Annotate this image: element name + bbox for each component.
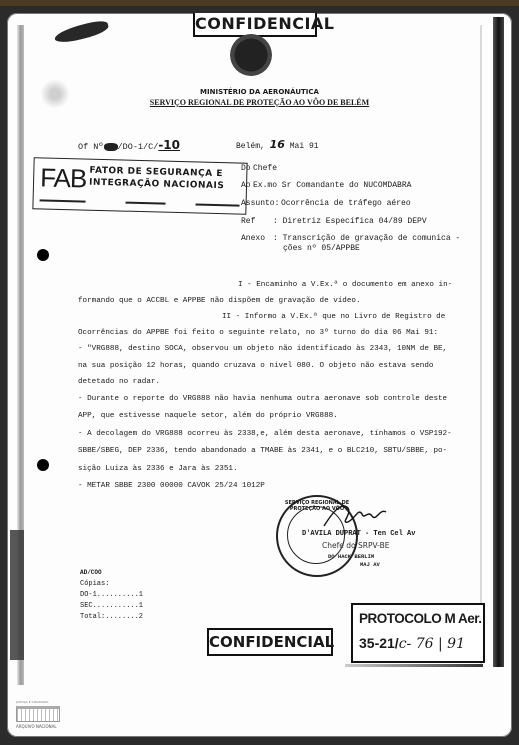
fab-line2: INTEGRAÇÃO NACIONAIS [89, 178, 224, 192]
body-line: SBBE/SBEG, DEP 2336, tendo abandonado a … [78, 447, 447, 455]
archive-caption: ARQUIVO NACIONAL [16, 724, 58, 729]
header-label-subject: Assunto: [241, 199, 279, 208]
punch-hole-icon [37, 459, 49, 471]
fab-logo: FAB [40, 162, 87, 194]
fab-underline [126, 202, 166, 205]
body-line: detetado no radar. [78, 378, 160, 386]
protocol-title: PROTOCOLO M Aer. [359, 611, 482, 626]
protocol-stamp: PROTOCOLO M Aer. 35-21/c- 76 | 91 [351, 603, 485, 663]
date-day-handwritten: 16 [270, 138, 285, 151]
protocol-number-printed: 35-21/ [359, 635, 399, 651]
header-value-annex-cont: ções nº 05/APPBE [283, 244, 360, 253]
body-line: formando que o ACCBL e APPBE não dispõem… [78, 297, 361, 305]
header-value-annex: : Transcrição de gravação de comunica - [273, 234, 460, 243]
ministry-heading: MINISTÉRIO DA AERONÁUTICA [0, 88, 519, 96]
header-label-annex: Anexo [241, 234, 265, 243]
arquivo-nacional-watermark: JUSTIÇA E CIDADANIA ARQUIVO NACIONAL [16, 700, 58, 729]
date-city: Belém, [236, 142, 265, 151]
archive-ministry: JUSTIÇA E CIDADANIA [16, 700, 58, 704]
fab-underline [196, 203, 240, 206]
fab-underline [40, 199, 86, 202]
brazil-coat-of-arms-icon [230, 34, 272, 76]
handwritten-signature-icon [322, 500, 392, 530]
body-line: APP, que estivesse naquele setor, além d… [78, 412, 338, 420]
header-value-from: Chefe [253, 164, 277, 173]
sub-signer-rank: MAJ AV [360, 561, 380, 568]
fab-line1: FATOR DE SEGURANÇA E [89, 166, 223, 179]
signer-name: D'AVILA DUPRAT - Ten Cel Av [302, 530, 415, 538]
body-line: II - Informo a V.Ex.ª que no Livro de Re… [222, 313, 445, 321]
header-value-to: Ex.mo Sr Comandante do NUCOMDABRA [253, 181, 411, 190]
page-left-shadow [10, 530, 24, 660]
body-line: - Durante o reporte do VRG888 não havia … [78, 395, 447, 403]
reference-number: Of Nº/DO-1/C/-10 [78, 138, 180, 152]
ref-prefix: Of Nº [78, 142, 104, 152]
body-line: - METAR SBBE 2300 00000 CAVOK 25/24 1012… [78, 482, 265, 490]
date-rest: Mai 91 [290, 142, 319, 151]
page-right-edge [493, 17, 504, 667]
body-line: sição Luiza às 2336 e Jara às 2351. [78, 465, 238, 473]
window-top-bar [0, 0, 519, 6]
redacted-mark [104, 143, 118, 151]
service-heading: SERVIÇO REGIONAL DE PROTEÇÃO AO VÔO DE B… [0, 98, 519, 107]
ref-mid: /DO-1/C/ [118, 142, 159, 152]
copies-label: Cópias: [80, 580, 109, 588]
signer-title: Chefe do SRPV-BE [322, 541, 390, 550]
copies-line: DO-1..........1 [80, 591, 143, 599]
copies-line: SEC...........1 [80, 602, 143, 610]
header-label-ref: Ref [241, 217, 255, 226]
classification-stamp-bottom: CONFIDENCIAL [207, 628, 333, 656]
sub-signer-name: DO HACK BERLIM [328, 553, 374, 560]
archive-building-icon [16, 706, 60, 722]
body-line: - "VRG888, destino SOCA, observou um obj… [78, 345, 447, 353]
header-label-from: Do [241, 164, 251, 173]
protocol-number-handwritten: c- 76 | 91 [399, 636, 465, 652]
body-line: Ocorrências do APPBE foi feito o seguint… [78, 329, 438, 337]
body-line: - A decolagem do VRG888 ocorreu às 2338,… [78, 430, 452, 438]
distribution-code: AD/COO [80, 569, 102, 576]
header-value-subject: Ocorrência de tráfego aéreo [281, 199, 411, 208]
protocol-underline [345, 664, 483, 667]
page-right-line [480, 25, 482, 665]
protocol-number: 35-21/c- 76 | 91 [359, 635, 465, 652]
document-date: Belém, 16 Mai 91 [236, 138, 319, 151]
body-line: I - Encaminho a V.Ex.ª o documento em an… [238, 281, 452, 289]
ref-handwritten: -10 [158, 138, 180, 152]
header-label-to: Ao [241, 181, 251, 190]
fab-stamp: FAB FATOR DE SEGURANÇA E INTEGRAÇÃO NACI… [32, 157, 247, 215]
punch-hole-icon [37, 249, 49, 261]
copies-line: Total:........2 [80, 613, 143, 621]
header-value-ref: : Diretriz Específica 04/89 DEPV [273, 217, 427, 226]
body-line: na sua posição 12 horas, quando cruzava … [78, 362, 433, 370]
